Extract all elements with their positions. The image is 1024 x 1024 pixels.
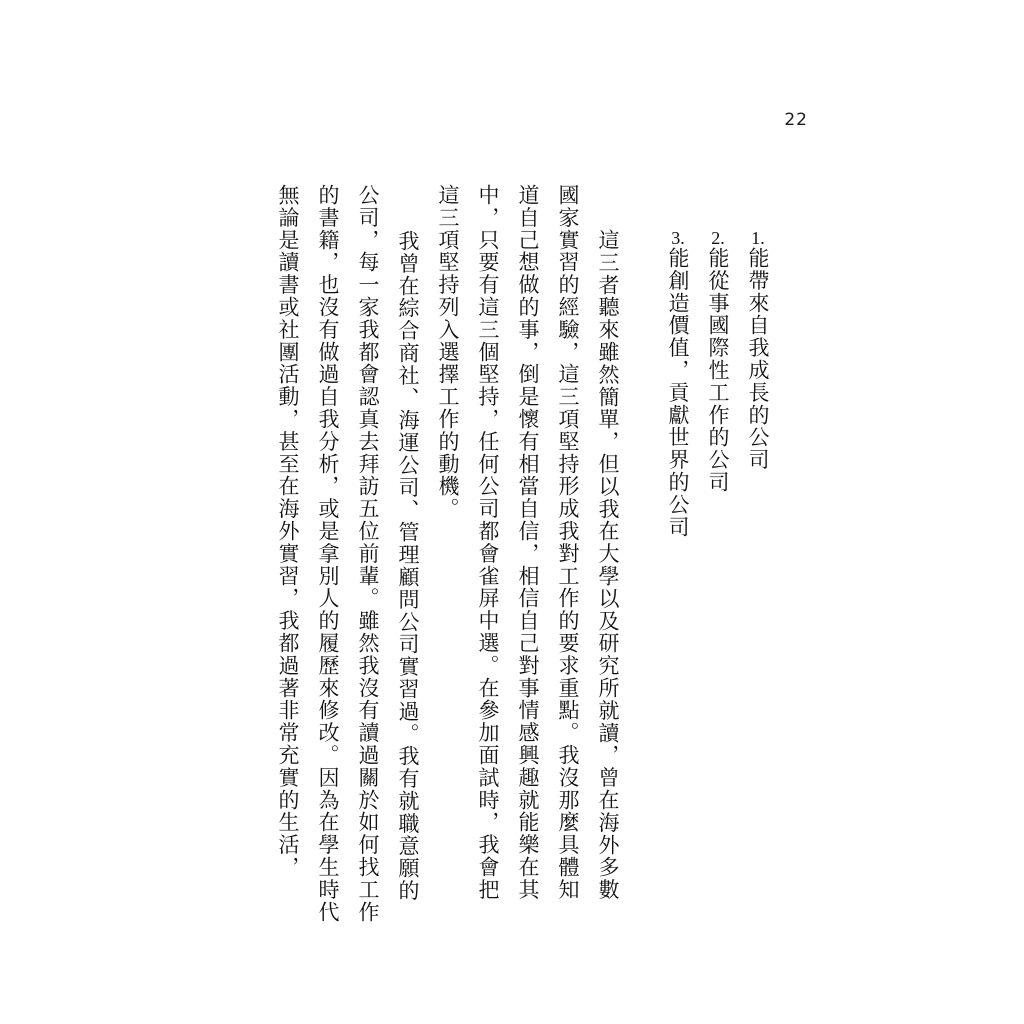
list-item-number: 3. xyxy=(666,229,688,247)
list-item-text: 能帶來自我成長的公司 xyxy=(746,247,770,471)
body-paragraph: 我曾在綜合商社、海運公司、管理顧問公司實習過。我有就職意願的公司，每一家我都會認… xyxy=(268,184,428,924)
list-item-text: 能創造價值，貢獻世界的公司 xyxy=(666,247,690,538)
numbered-list: 1.能帶來自我成長的公司 2.能從事國際性工作的公司 3.能創造價值，貢獻世界的… xyxy=(658,184,778,932)
page-number: 22 xyxy=(784,110,808,130)
list-item-text: 能從事國際性工作的公司 xyxy=(706,247,730,493)
list-item-number: 2. xyxy=(706,229,728,247)
vertical-text-block: 1.能帶來自我成長的公司 2.能從事國際性工作的公司 3.能創造價值，貢獻世界的… xyxy=(268,184,778,932)
list-item: 1.能帶來自我成長的公司 xyxy=(738,184,778,906)
list-item: 2.能從事國際性工作的公司 xyxy=(698,184,738,906)
list-item-number: 1. xyxy=(746,229,768,247)
list-item: 3.能創造價值，貢獻世界的公司 xyxy=(658,184,698,906)
book-page: 22 1.能帶來自我成長的公司 2.能從事國際性工作的公司 3.能創造價值，貢獻… xyxy=(0,0,1024,1024)
body-paragraph: 這三者聽來雖然簡單，但以我在大學以及研究所就讀，曾在海外多數國家實習的經驗，這三… xyxy=(428,184,628,906)
